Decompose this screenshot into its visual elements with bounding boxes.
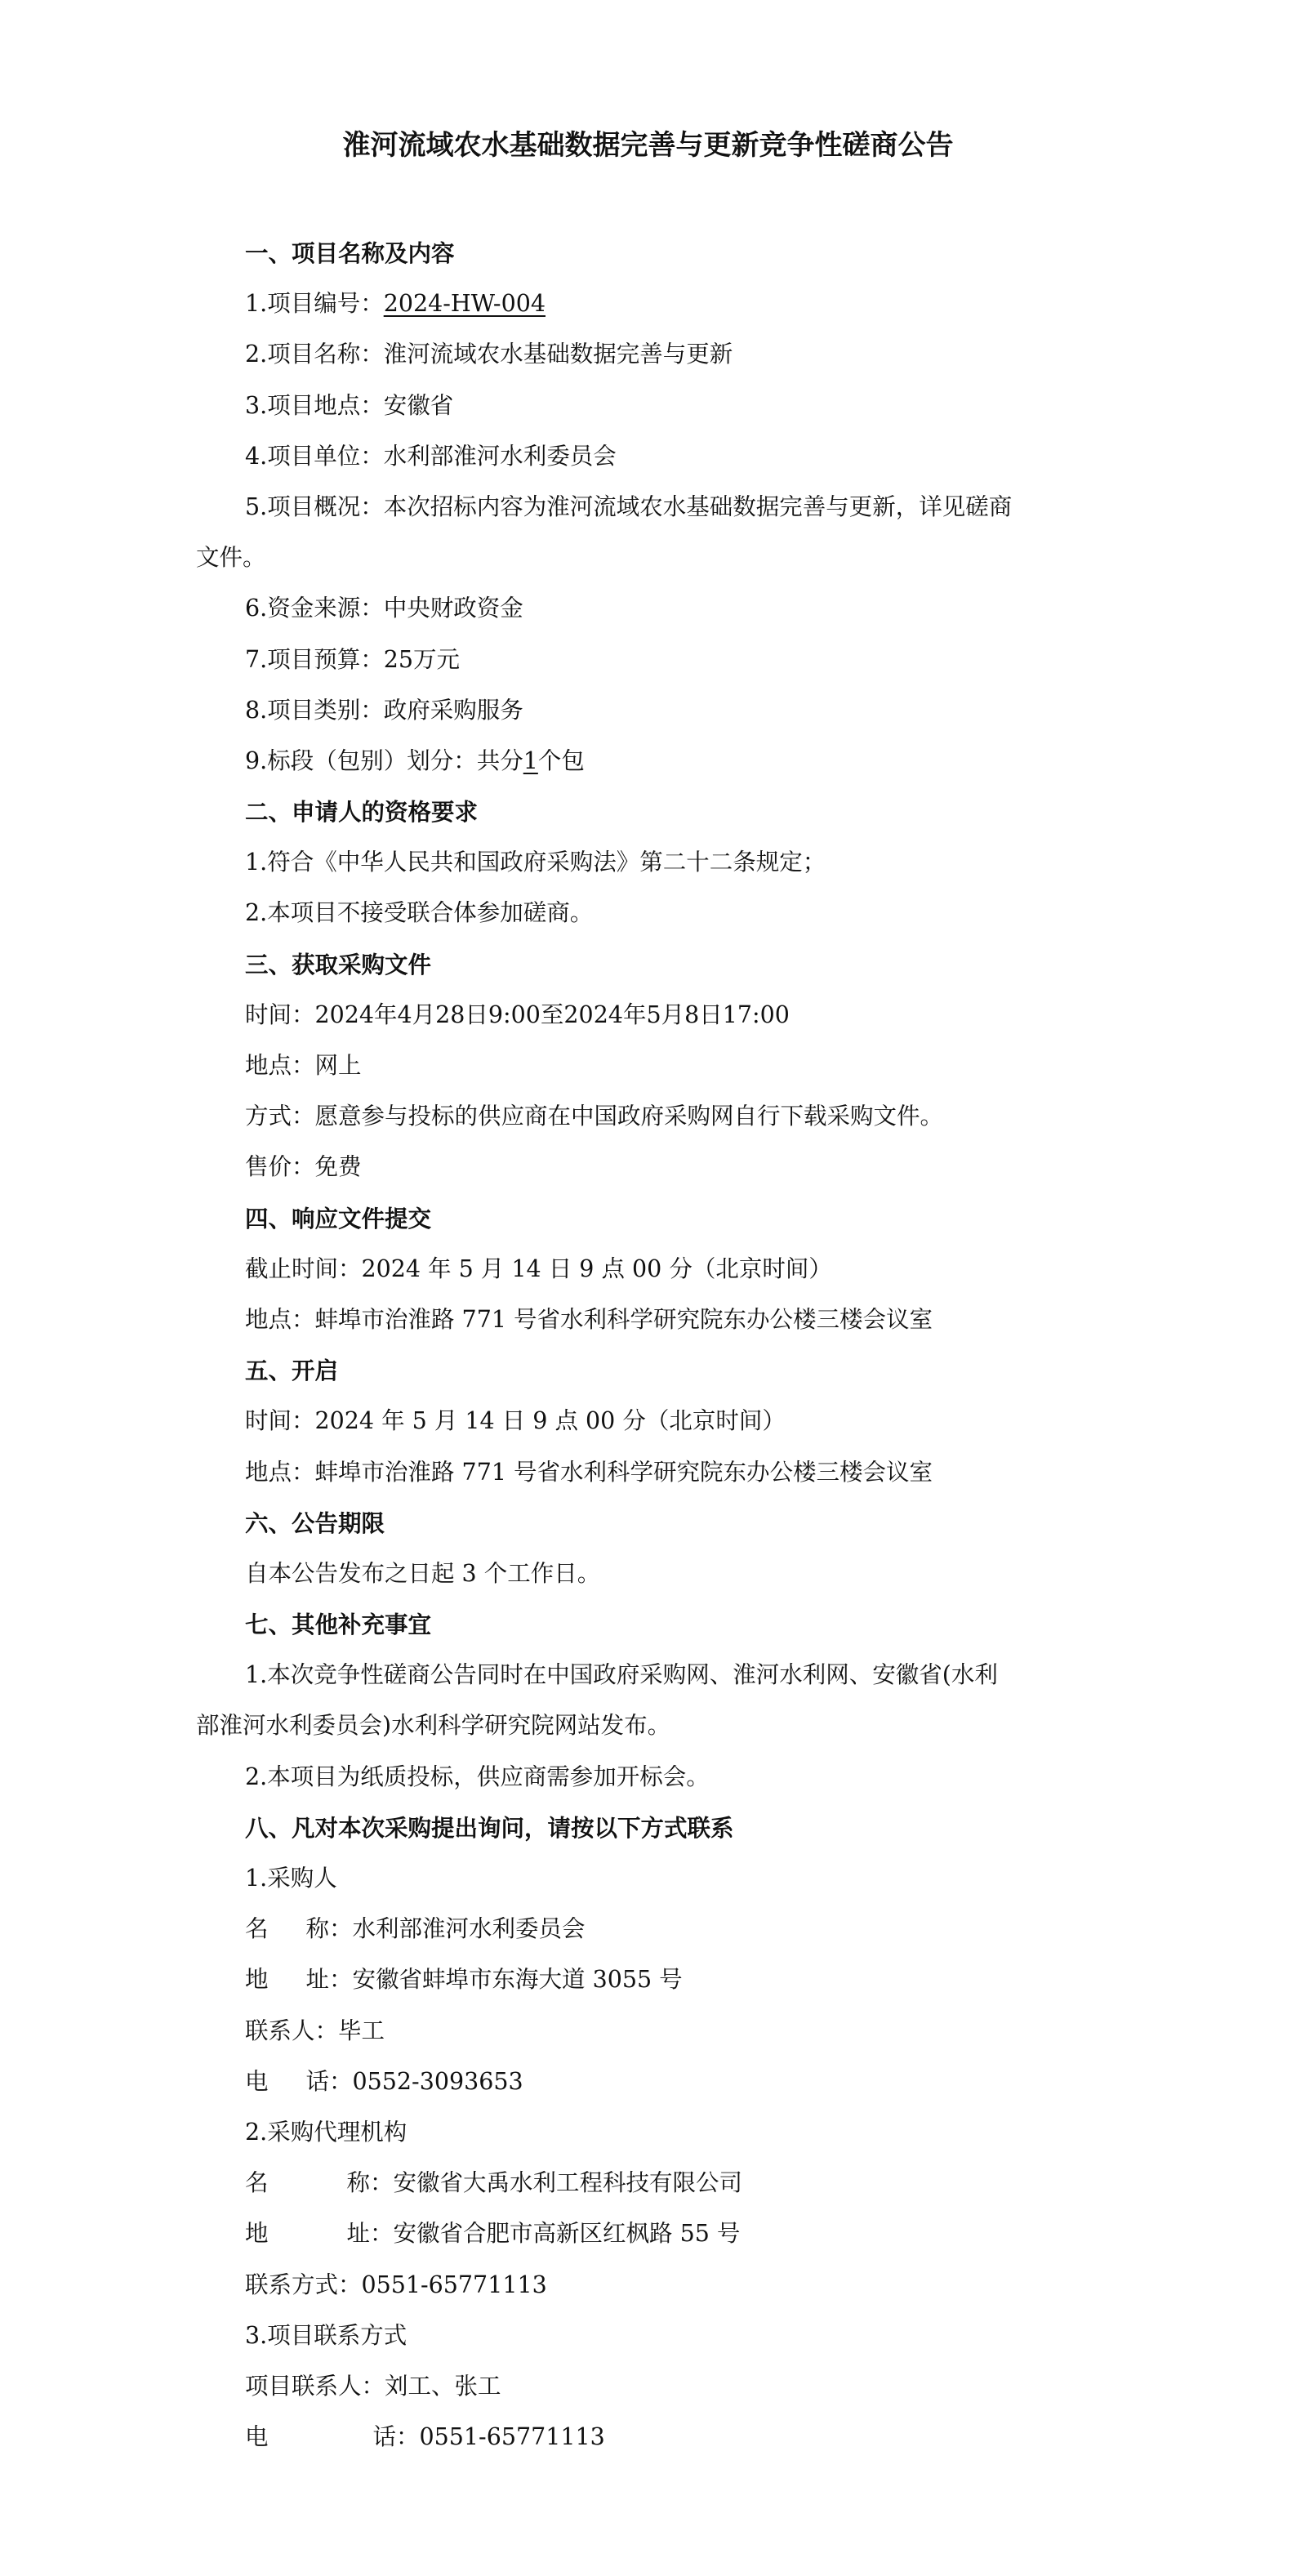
label-part: 址：	[306, 1966, 353, 1993]
label-part: 称：	[306, 1915, 353, 1942]
lot-division-prefix: 9.标段（包别）划分：共分	[245, 747, 523, 774]
project-overview-line2: 文件。	[196, 533, 1098, 583]
purchaser-name-value: 水利部淮河水利委员会	[353, 1915, 586, 1942]
supplement-1-line1: 1.本次竞争性磋商公告同时在中国政府采购网、淮河水利网、安徽省(水利	[196, 1650, 1098, 1700]
section-heading-1: 一、项目名称及内容	[196, 228, 1098, 279]
project-category: 8.项目类别：政府采购服务	[196, 685, 1098, 736]
purchaser-phone-value: 0552-3093653	[353, 2068, 523, 2095]
purchaser-address-value: 安徽省蚌埠市东海大道 3055 号	[353, 1966, 683, 1993]
section-heading-2: 二、申请人的资格要求	[196, 787, 1098, 837]
purchaser-contact: 联系人：毕工	[196, 2006, 1098, 2057]
project-location: 3.项目地点：安徽省	[196, 381, 1098, 431]
lot-division: 9.标段（包别）划分：共分1个包	[196, 736, 1098, 787]
obtain-place: 地点：网上	[196, 1041, 1098, 1091]
qualification-1: 1.符合《中华人民共和国政府采购法》第二十二条规定；	[196, 837, 1098, 888]
obtain-time: 时间：2024年4月28日9:00至2024年5月8日17:00	[196, 990, 1098, 1041]
label-part: 话：	[373, 2423, 420, 2450]
submission-deadline: 截止时间：2024 年 5 月 14 日 9 点 00 分（北京时间）	[196, 1244, 1098, 1295]
obtain-price: 售价：免费	[196, 1142, 1098, 1192]
project-contact-phone: 电话：0551-65771113	[196, 2412, 1098, 2462]
agency-address: 地址：安徽省合肥市高新区红枫路 55 号	[196, 2208, 1098, 2259]
document-body: 一、项目名称及内容 1.项目编号：2024-HW-004 2.项目名称：淮河流域…	[196, 228, 1098, 2462]
project-contact-heading: 3.项目联系方式	[196, 2311, 1098, 2361]
label-part: 地	[245, 1966, 269, 1993]
project-number: 1.项目编号：2024-HW-004	[196, 279, 1098, 329]
agency-heading: 2.采购代理机构	[196, 2107, 1098, 2158]
notice-period: 自本公告发布之日起 3 个工作日。	[196, 1549, 1098, 1599]
qualification-2: 2.本项目不接受联合体参加磋商。	[196, 888, 1098, 938]
label-part: 电	[245, 2423, 269, 2450]
label-part: 地	[245, 2220, 269, 2247]
project-budget: 7.项目预算：25万元	[196, 635, 1098, 685]
obtain-method: 方式：愿意参与投标的供应商在中国政府采购网自行下载采购文件。	[196, 1091, 1098, 1142]
document-title: 淮河流域农水基础数据完善与更新竞争性磋商公告	[0, 123, 1296, 168]
label-part: 电	[245, 2068, 269, 2095]
label-part: 址：	[347, 2220, 394, 2247]
section-heading-8: 八、凡对本次采购提出询问，请按以下方式联系	[196, 1803, 1098, 1853]
label-part: 称：	[347, 2169, 394, 2196]
opening-time: 时间：2024 年 5 月 14 日 9 点 00 分（北京时间）	[196, 1396, 1098, 1446]
section-heading-4: 四、响应文件提交	[196, 1193, 1098, 1244]
project-contact-persons: 项目联系人：刘工、张工	[196, 2361, 1098, 2412]
agency-address-value: 安徽省合肥市高新区红枫路 55 号	[394, 2220, 741, 2247]
agency-name: 名称：安徽省大禹水利工程科技有限公司	[196, 2158, 1098, 2208]
project-number-label: 1.项目编号：	[245, 290, 384, 317]
project-contact-phone-value: 0551-65771113	[420, 2423, 605, 2450]
purchaser-heading: 1.采购人	[196, 1853, 1098, 1904]
lot-division-suffix: 个包	[538, 747, 585, 774]
lot-count: 1	[523, 747, 538, 774]
supplement-1-line2: 部淮河水利委员会)水利科学研究院网站发布。	[196, 1700, 1098, 1751]
purchaser-phone: 电话：0552-3093653	[196, 2057, 1098, 2107]
section-heading-3: 三、获取采购文件	[196, 939, 1098, 990]
purchaser-address: 地址：安徽省蚌埠市东海大道 3055 号	[196, 1954, 1098, 2005]
section-heading-6: 六、公告期限	[196, 1498, 1098, 1549]
project-number-value: 2024-HW-004	[384, 290, 546, 317]
project-unit: 4.项目单位：水利部淮河水利委员会	[196, 431, 1098, 482]
section-heading-5: 五、开启	[196, 1345, 1098, 1396]
label-part: 话：	[306, 2068, 353, 2095]
project-name: 2.项目名称：淮河流域农水基础数据完善与更新	[196, 329, 1098, 380]
label-part: 名	[245, 1915, 269, 1942]
agency-contact: 联系方式：0551-65771113	[196, 2260, 1098, 2311]
opening-place: 地点：蚌埠市治淮路 771 号省水利科学研究院东办公楼三楼会议室	[196, 1447, 1098, 1498]
section-heading-7: 七、其他补充事宜	[196, 1599, 1098, 1650]
submission-place: 地点：蚌埠市治淮路 771 号省水利科学研究院东办公楼三楼会议室	[196, 1295, 1098, 1345]
project-overview-line1: 5.项目概况：本次招标内容为淮河流域农水基础数据完善与更新，详见磋商	[196, 482, 1098, 533]
supplement-2: 2.本项目为纸质投标，供应商需参加开标会。	[196, 1752, 1098, 1803]
agency-name-value: 安徽省大禹水利工程科技有限公司	[394, 2169, 743, 2196]
funding-source: 6.资金来源：中央财政资金	[196, 583, 1098, 634]
purchaser-name: 名称：水利部淮河水利委员会	[196, 1904, 1098, 1954]
document-page: 淮河流域农水基础数据完善与更新竞争性磋商公告 一、项目名称及内容 1.项目编号：…	[0, 0, 1296, 2576]
label-part: 名	[245, 2169, 269, 2196]
